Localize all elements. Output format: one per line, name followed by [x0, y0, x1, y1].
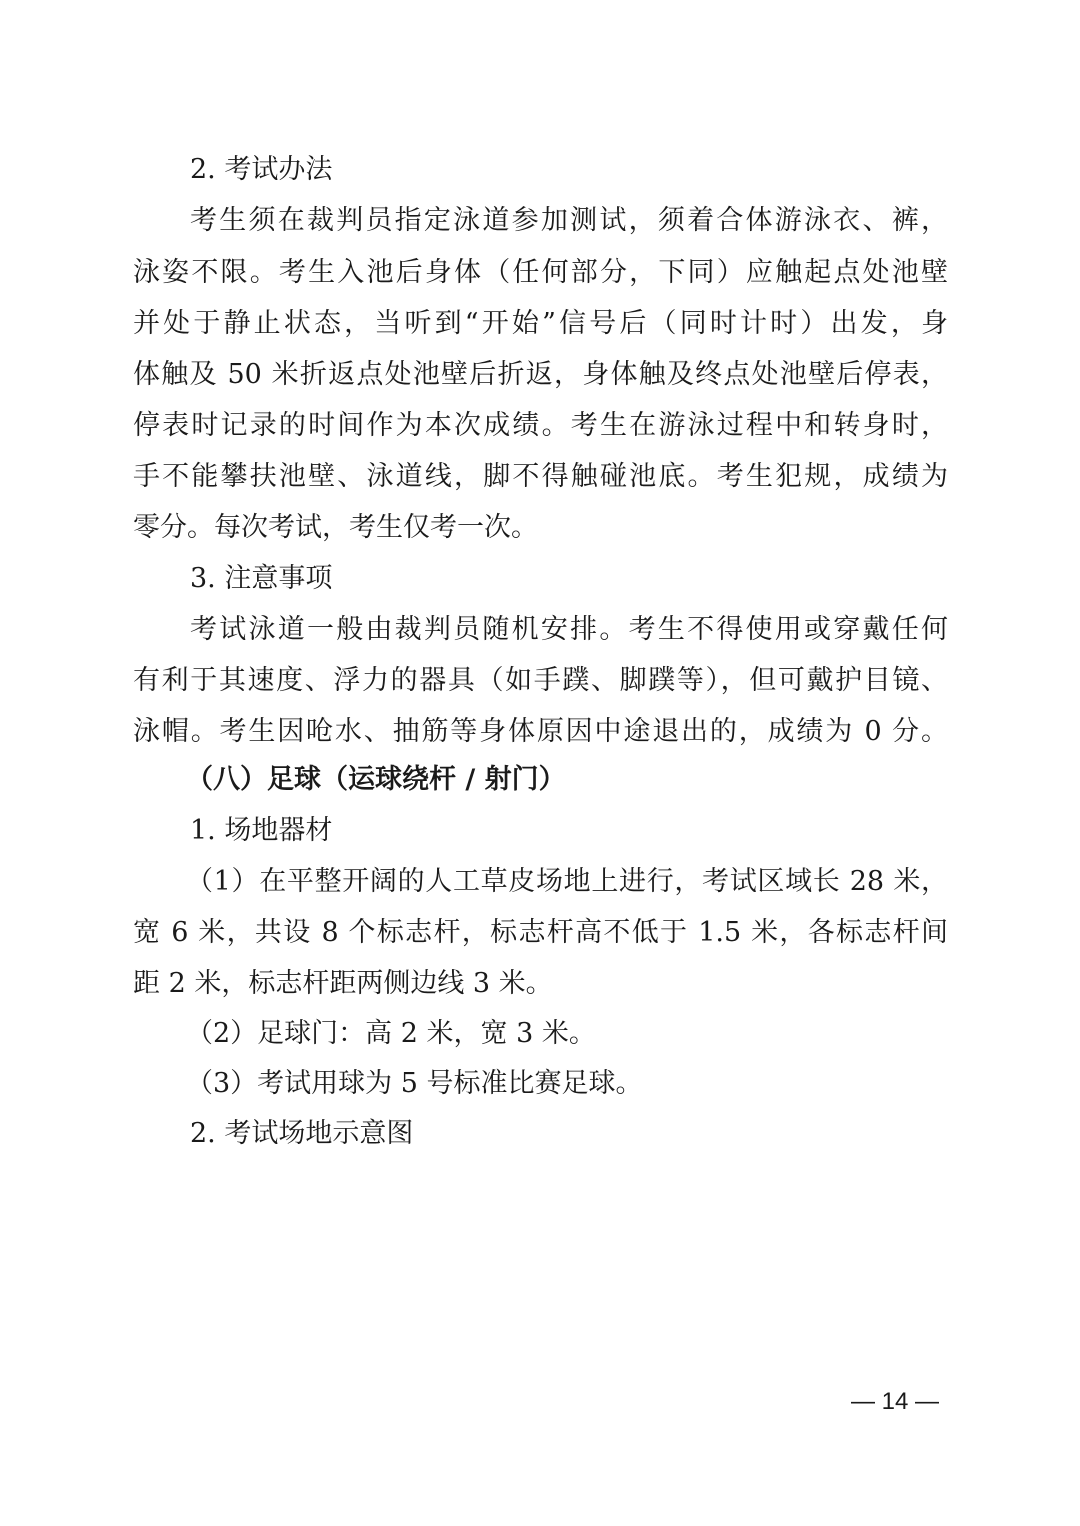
section-heading-diagram: 2. 考试场地示意图 — [190, 1114, 948, 1154]
document-page: 2. 考试办法 考生须在裁判员指定泳道参加测试，须着合体游泳衣、裤， 泳姿不限。… — [0, 0, 1080, 1526]
paragraph-line: 停表时记录的时间作为本次成绩。考生在游泳过程中和转身时， — [133, 406, 948, 446]
section-heading-exam-method: 2. 考试办法 — [190, 150, 948, 190]
page-number: — 14 — — [845, 1384, 945, 1420]
paragraph-line: 泳姿不限。考生入池后身体（任何部分，下同）应触起点处池壁 — [133, 253, 948, 293]
paragraph-line: 泳帽。考生因呛水、抽筋等身体原因中途退出的，成绩为 0 分。 — [133, 712, 948, 752]
list-item-ball: （3）考试用球为 5 号标准比赛足球。 — [186, 1064, 944, 1104]
paragraph-line: 距 2 米，标志杆距两侧边线 3 米。 — [133, 964, 948, 1004]
paragraph-line: 手不能攀扶池壁、泳道线，脚不得触碰池底。考生犯规，成绩为 — [133, 457, 948, 497]
paragraph-line: 零分。每次考试，考生仅考一次。 — [133, 508, 948, 548]
paragraph-line: （1）在平整开阔的人工草皮场地上进行，考试区域长 28 米， — [186, 862, 948, 902]
paragraph-line: 考试泳道一般由裁判员随机安排。考生不得使用或穿戴任何 — [190, 610, 948, 650]
paragraph-line: 并处于静止状态，当听到“开始”信号后（同时计时）出发，身 — [133, 304, 948, 344]
paragraph-line: 宽 6 米，共设 8 个标志杆，标志杆高不低于 1.5 米，各标志杆间 — [133, 913, 948, 953]
paragraph-line: 有利于其速度、浮力的器具（如手蹼、脚蹼等），但可戴护目镜、 — [133, 661, 948, 701]
section-heading-notes: 3. 注意事项 — [190, 559, 948, 599]
list-item-goal: （2）足球门：高 2 米，宽 3 米。 — [186, 1014, 944, 1054]
paragraph-line: 体触及 50 米折返点处池壁后折返，身体触及终点处池壁后停表， — [133, 355, 948, 395]
paragraph-line: 考生须在裁判员指定泳道参加测试，须着合体游泳衣、裤， — [190, 201, 948, 241]
section-heading-equipment: 1. 场地器材 — [190, 811, 948, 851]
section-heading-football: （八）足球（运球绕杆 / 射门） — [186, 760, 944, 800]
